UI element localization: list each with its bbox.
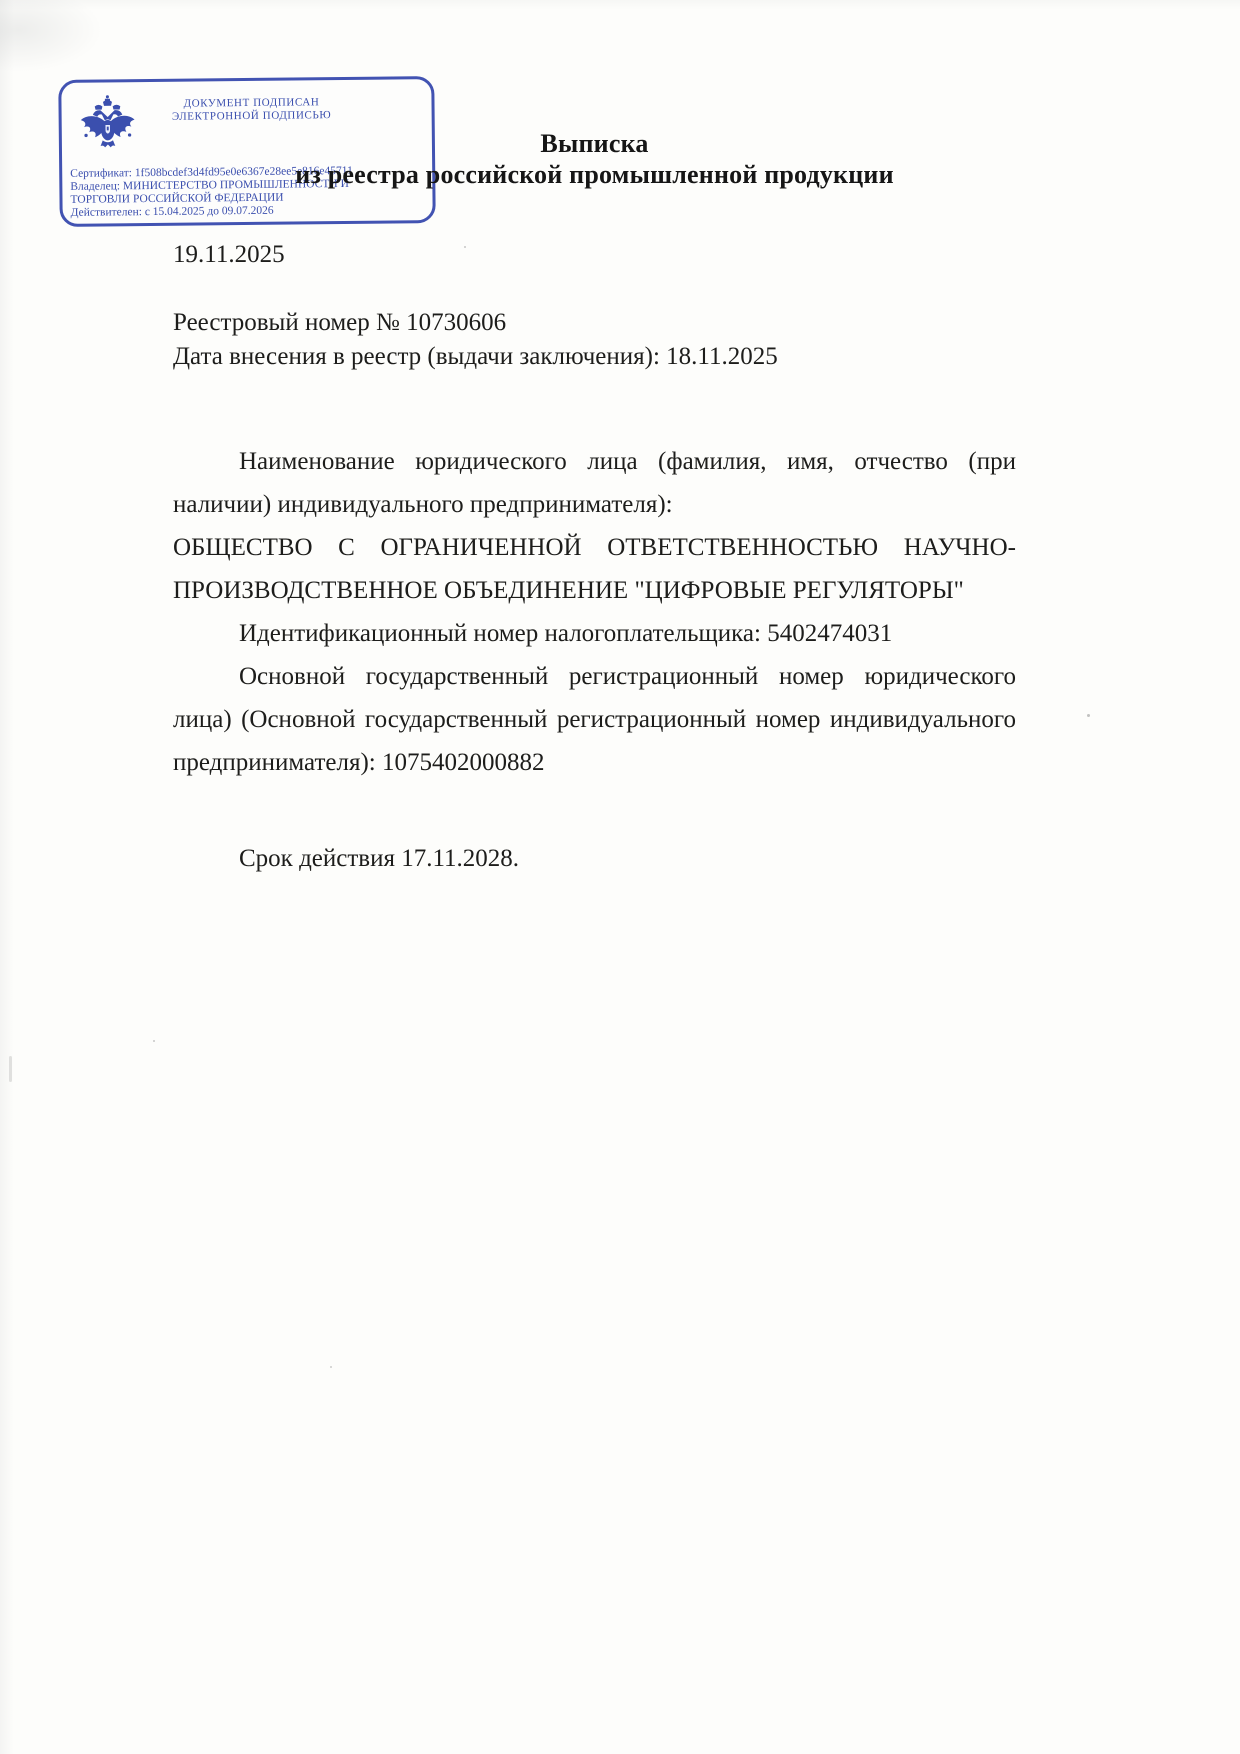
stamp-validity-line: Действителен: с 15.04.2025 до 09.07.2026 [71,203,427,220]
document-title-line1: Выписка [173,128,1016,159]
scan-speck [9,1056,12,1082]
company-name-line1: ОБЩЕСТВО С ОГРАНИЧЕННОЙ ОТВЕТСТВЕННОСТЬЮ… [173,526,1016,569]
scanned-document: { "colors": { "stamp_blue": "#4253b2", "… [0,0,1240,1754]
validity-line: Срок действия 17.11.2028. [173,837,1016,880]
stamp-header: ДОКУМЕНТ ПОДПИСАН ЭЛЕКТРОННОЙ ПОДПИСЬЮ [149,96,353,124]
scan-speck [186,259,189,262]
stamp-header-line2: ЭЛЕКТРОННОЙ ПОДПИСЬЮ [150,109,354,124]
name-label-line1: Наименование юридического лица (фамилия,… [173,440,1016,483]
document-title-line2: из реестра российской промышленной проду… [173,159,1016,190]
document-title: Выписка из реестра российской промышленн… [173,128,1016,190]
scan-speck [464,246,466,248]
document-body: 19.11.2025 Реестровый номер № 10730606 Д… [173,238,1016,880]
entry-date-line: Дата внесения в реестр (выдачи заключени… [173,340,1016,374]
registry-number-line: Реестровый номер № 10730606 [173,306,1016,340]
company-name-line2: ПРОИЗВОДСТВЕННОЕ ОБЪЕДИНЕНИЕ "ЦИФРОВЫЕ Р… [173,569,1016,612]
ogrn-line2: лица) (Основной государственный регистра… [173,698,1016,741]
scan-speck [153,1040,155,1042]
page-background: ДОКУМЕНТ ПОДПИСАН ЭЛЕКТРОННОЙ ПОДПИСЬЮ С… [0,0,1240,1754]
ogrn-line1: Основной государственный регистрационный… [173,655,1016,698]
ogrn-line3: предпринимателя): 1075402000882 [173,741,1016,784]
issue-date: 19.11.2025 [173,238,1016,272]
inn-line: Идентификационный номер налогоплательщик… [173,612,1016,655]
scan-speck [1087,714,1090,717]
name-label-line2: наличии) индивидуального предпринимателя… [173,483,1016,526]
coat-of-arms-icon [75,90,140,169]
scan-speck [330,1366,332,1368]
